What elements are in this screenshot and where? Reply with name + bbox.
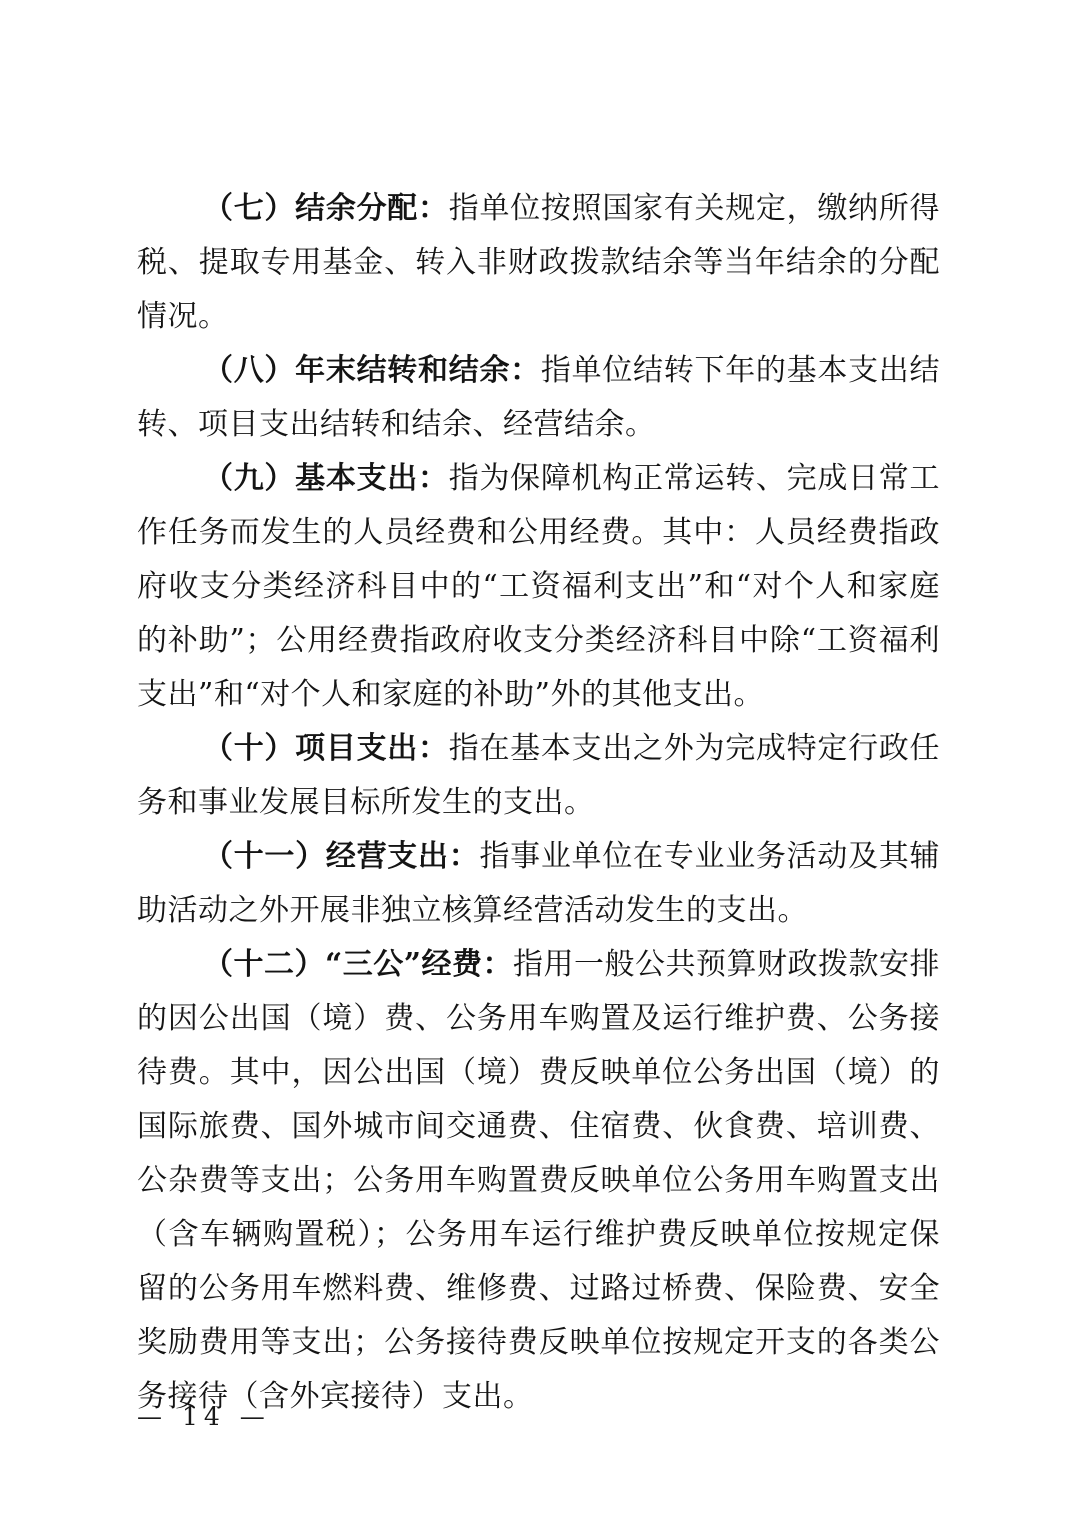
term-label: （七）结余分配： [203, 191, 449, 226]
paragraph-text: 指为保障机构正常运转、完成日常工作任务而发生的人员经费和公用经费。其中：人员经费… [137, 461, 940, 712]
term-label: （八）年末结转和结余： [203, 353, 541, 388]
paragraph-item-7: （七）结余分配：指单位按照国家有关规定，缴纳所得税、提取专用基金、转入非财政拨款… [137, 182, 940, 344]
term-label: （十一）经营支出： [203, 839, 479, 874]
paragraph-item-8: （八）年末结转和结余：指单位结转下年的基本支出结转、项目支出结转和结余、经营结余… [137, 344, 940, 452]
term-label: （九）基本支出： [203, 461, 449, 496]
paragraph-text: 指用一般公共预算财政拨款安排的因公出国（境）费、公务用车购置及运行维护费、公务接… [137, 947, 940, 1414]
document-body: （七）结余分配：指单位按照国家有关规定，缴纳所得税、提取专用基金、转入非财政拨款… [137, 182, 940, 1424]
paragraph-item-10: （十）项目支出：指在基本支出之外为完成特定行政任务和事业发展目标所发生的支出。 [137, 722, 940, 830]
term-label: （十）项目支出： [203, 731, 449, 766]
page-number: — 14 — [137, 1402, 271, 1431]
paragraph-item-12: （十二）“三公”经费：指用一般公共预算财政拨款安排的因公出国（境）费、公务用车购… [137, 938, 940, 1424]
paragraph-item-11: （十一）经营支出：指事业单位在专业业务活动及其辅助活动之外开展非独立核算经营活动… [137, 830, 940, 938]
term-label: （十二）“三公”经费： [203, 947, 513, 982]
document-page: （七）结余分配：指单位按照国家有关规定，缴纳所得税、提取专用基金、转入非财政拨款… [0, 0, 1075, 1520]
paragraph-item-9: （九）基本支出：指为保障机构正常运转、完成日常工作任务而发生的人员经费和公用经费… [137, 452, 940, 722]
